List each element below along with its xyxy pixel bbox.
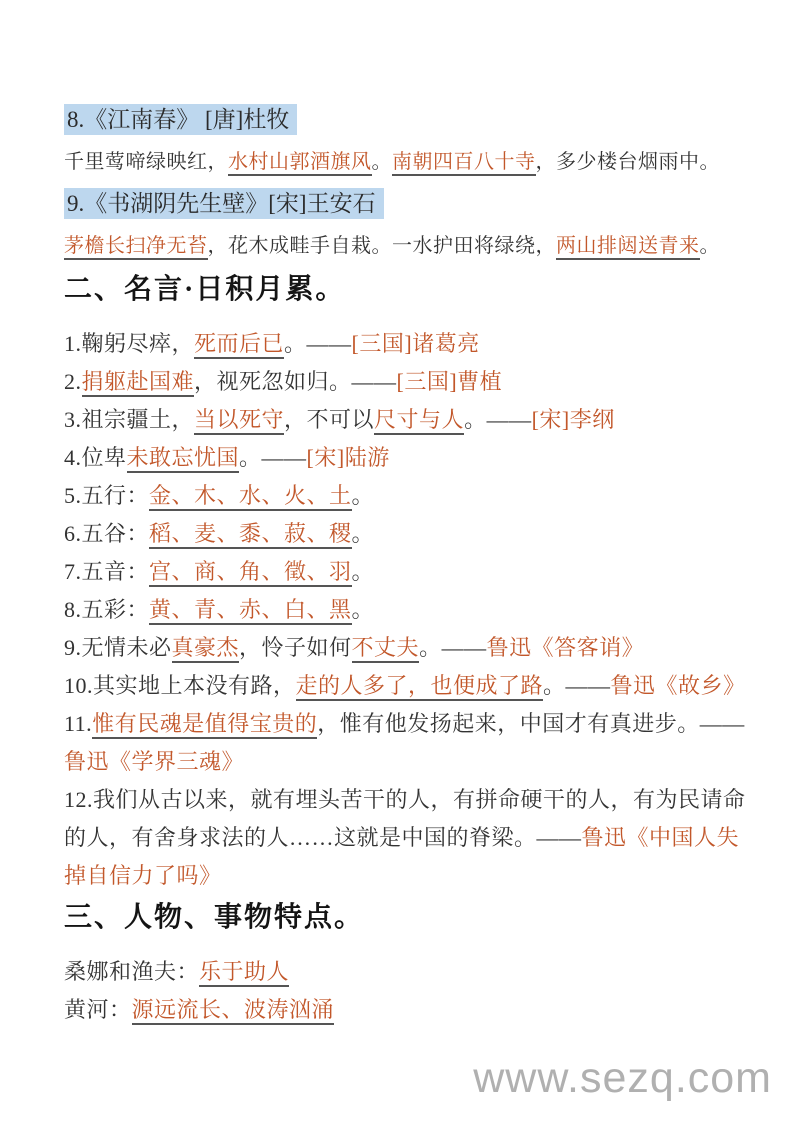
poem-8-title: 8.《江南春》 [唐]杜牧 [64, 99, 748, 141]
highlighted-title-text: 9.《书湖阴先生壁》[宋]王安石 [64, 188, 384, 219]
watermark: www.sezq.com [473, 1054, 772, 1103]
plain-text: 。—— [543, 673, 611, 698]
plain-text: 6.五谷： [64, 521, 149, 546]
plain-text: 10.其实地上本没有路， [64, 673, 296, 698]
attribution-text: [三国]曹植 [397, 369, 503, 394]
quote-item-5: 5.五行：金、木、水、火、土。 [64, 477, 748, 515]
poem-8-text: 千里莺啼绿映红，水村山郭酒旗风。南朝四百八十寺，多少楼台烟雨中。 [64, 141, 748, 183]
plain-text: 。 [352, 559, 375, 584]
key-phrase-underlined: 死而后已 [194, 331, 284, 359]
quote-item-12: 12.我们从古以来，就有埋头苦干的人，有拼命硬干的人，有为民请命的人，有舍身求法… [64, 781, 748, 895]
document-body: 8.《江南春》 [唐]杜牧千里莺啼绿映红，水村山郭酒旗风。南朝四百八十寺，多少楼… [64, 99, 748, 1029]
quote-item-11: 11.惟有民魂是值得宝贵的，惟有他发扬起来，中国才有真进步。——鲁迅《学界三魂》 [64, 705, 748, 781]
highlighted-title-text: 8.《江南春》 [唐]杜牧 [64, 104, 297, 135]
key-phrase-underlined: 水村山郭酒旗风 [228, 151, 372, 176]
poem-9-title: 9.《书湖阴先生壁》[宋]王安石 [64, 183, 748, 225]
plain-text: 7.五音： [64, 559, 149, 584]
plain-text: 。 [352, 483, 375, 508]
plain-text: 。—— [284, 331, 352, 356]
attribution-text: [宋]李纲 [532, 407, 615, 432]
quote-item-2: 2.捐躯赴国难，视死忽如归。——[三国]曹植 [64, 363, 748, 401]
plain-text: 桑娜和渔夫： [64, 959, 199, 984]
key-phrase-underlined: 茅檐长扫净无苔 [64, 235, 208, 260]
attribution-text: 鲁迅《答客诮》 [487, 635, 645, 660]
plain-text: ，惟有他发扬起来，中国才有真进步。—— [317, 711, 745, 736]
section-heading-tedian: 三、人物、事物特点。 [64, 900, 748, 936]
trait-item-sangna: 桑娜和渔夫：乐于助人 [64, 953, 748, 991]
attribution-text: [三国]诸葛亮 [352, 331, 480, 356]
plain-text: 。 [372, 151, 393, 173]
key-phrase-underlined: 捐躯赴国难 [82, 369, 195, 397]
plain-text: 千里莺啼绿映红， [64, 151, 228, 173]
key-phrase-underlined: 宫、商、角、徵、羽 [149, 559, 352, 587]
plain-text: 三、人物、事物特点。 [64, 902, 364, 933]
plain-text: 2. [64, 369, 82, 394]
plain-text: 8.五彩： [64, 597, 149, 622]
trait-item-huanghe: 黄河：源远流长、波涛汹涌 [64, 991, 748, 1029]
plain-text: 。—— [464, 407, 532, 432]
key-phrase-underlined: 惟有民魂是值得宝贵的 [92, 711, 317, 739]
quote-item-1: 1.鞠躬尽瘁，死而后已。——[三国]诸葛亮 [64, 325, 748, 363]
plain-text: 。 [700, 235, 721, 257]
plain-text: 1.鞠躬尽瘁， [64, 331, 194, 356]
plain-text: ，怜子如何 [239, 635, 352, 660]
quote-item-6: 6.五谷：稻、麦、黍、菽、稷。 [64, 515, 748, 553]
plain-text: ，花木成畦手自栽。一水护田将绿绕， [208, 235, 557, 257]
key-phrase-underlined: 黄、青、赤、白、黑 [149, 597, 352, 625]
key-phrase-underlined: 尺寸与人 [374, 407, 464, 435]
plain-text: ，不可以 [284, 407, 374, 432]
attribution-text: 鲁迅《故乡》 [611, 673, 746, 698]
key-phrase-underlined: 未敢忘忧国 [127, 445, 240, 473]
quote-item-10: 10.其实地上本没有路，走的人多了，也便成了路。——鲁迅《故乡》 [64, 667, 748, 705]
plain-text: ，多少楼台烟雨中。 [536, 151, 721, 173]
key-phrase-underlined: 乐于助人 [199, 959, 289, 987]
plain-text: 。 [352, 521, 375, 546]
key-phrase-underlined: 稻、麦、黍、菽、稷 [149, 521, 352, 549]
plain-text: 3.祖宗疆土， [64, 407, 194, 432]
quote-item-3: 3.祖宗疆土，当以死守，不可以尺寸与人。——[宋]李纲 [64, 401, 748, 439]
plain-text: 。—— [239, 445, 307, 470]
attribution-text: [宋]陆游 [307, 445, 390, 470]
plain-text: 4.位卑 [64, 445, 127, 470]
plain-text: 。—— [419, 635, 487, 660]
quote-item-4: 4.位卑未敢忘忧国。——[宋]陆游 [64, 439, 748, 477]
plain-text: 11. [64, 711, 92, 736]
key-phrase-underlined: 金、木、水、火、土 [149, 483, 352, 511]
plain-text: 9.无情未必 [64, 635, 172, 660]
plain-text: 二、名言·日积月累。 [64, 274, 345, 305]
plain-text: 5.五行： [64, 483, 149, 508]
plain-text: 。 [352, 597, 375, 622]
key-phrase-underlined: 当以死守 [194, 407, 284, 435]
document-page: 8.《江南春》 [唐]杜牧千里莺啼绿映红，水村山郭酒旗风。南朝四百八十寺，多少楼… [0, 0, 800, 1131]
attribution-text: 鲁迅《学界三魂》 [64, 749, 244, 774]
key-phrase-underlined: 南朝四百八十寺 [392, 151, 536, 176]
section-heading-mingyan: 二、名言·日积月累。 [64, 272, 748, 308]
plain-text: 黄河： [64, 997, 132, 1022]
key-phrase-underlined: 真豪杰 [172, 635, 240, 663]
quote-item-9: 9.无情未必真豪杰，怜子如何不丈夫。——鲁迅《答客诮》 [64, 629, 748, 667]
key-phrase-underlined: 两山排闼送青来 [556, 235, 700, 260]
poem-9-text: 茅檐长扫净无苔，花木成畦手自栽。一水护田将绿绕，两山排闼送青来。 [64, 225, 748, 267]
quote-item-8: 8.五彩：黄、青、赤、白、黑。 [64, 591, 748, 629]
quote-item-7: 7.五音：宫、商、角、徵、羽。 [64, 553, 748, 591]
key-phrase-underlined: 不丈夫 [352, 635, 420, 663]
plain-text: ，视死忽如归。—— [194, 369, 397, 394]
key-phrase-underlined: 源远流长、波涛汹涌 [132, 997, 335, 1025]
key-phrase-underlined: 走的人多了，也便成了路 [296, 673, 544, 701]
